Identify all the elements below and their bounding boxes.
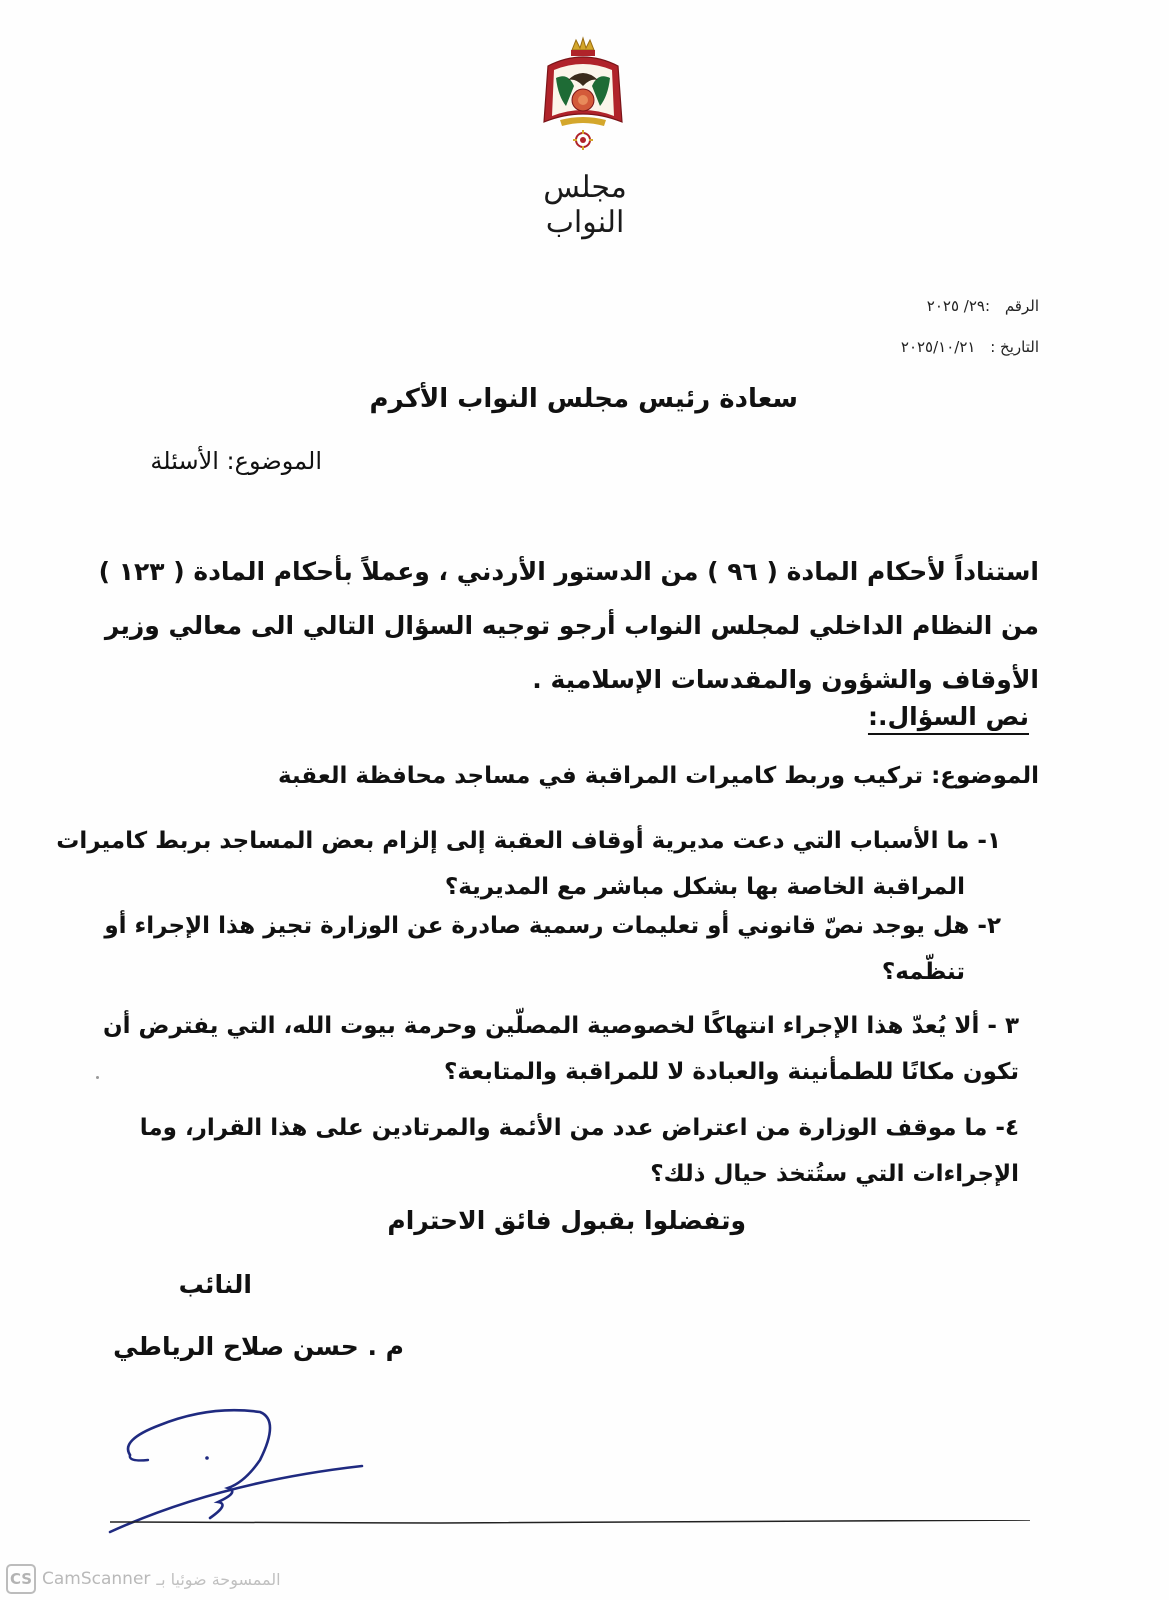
question-subject: الموضوع: تركيب وربط كاميرات المراقبة في … <box>278 763 1039 789</box>
body-line: من النظام الداخلي لمجلس النواب أرجو توجي… <box>109 599 1039 653</box>
question-item: ٣ - ألا يُعدّ هذا الإجراء انتهاكًا لخصوص… <box>103 1003 1019 1095</box>
signature-baseline <box>110 1520 1030 1530</box>
watermark-text-en: CamScanner <box>42 1569 150 1589</box>
camscanner-watermark: CS CamScanner الممسوحة ضوئيا بـ <box>6 1564 281 1594</box>
question-line: ٤- ما موقف الوزارة من اعتراض عدد من الأئ… <box>140 1105 1019 1151</box>
question-line: تنظّمه؟ <box>104 949 1001 995</box>
scan-speck <box>96 1076 99 1079</box>
question-line: تكون مكانًا للطمأنينة والعبادة لا للمراق… <box>103 1049 1019 1095</box>
reference-date-label: التاريخ : <box>990 338 1039 356</box>
signature-icon <box>100 1400 420 1540</box>
reference-number: الرقم :٢٩/ ٢٠٢٥ <box>927 297 1039 315</box>
question-number: ٤- <box>995 1115 1019 1141</box>
subject-general: الموضوع: الأسئلة <box>0 447 322 475</box>
institution-name: مجلس النواب <box>510 170 660 240</box>
body-line: الأوقاف والشؤون والمقدسات الإسلامية . <box>109 653 1039 707</box>
addressee: سعادة رئيس مجلس النواب الأكرم <box>0 384 798 414</box>
closing-salutation: وتفضلوا بقبول فائق الاحترام <box>0 1206 746 1235</box>
body-line: استناداً لأحكام المادة ( ٩٦ ) من الدستور… <box>109 545 1039 599</box>
letter-page: مجلس النواب الرقم :٢٩/ ٢٠٢٥ التاريخ : ٢٠… <box>0 0 1169 1600</box>
question-line: ١- ما الأسباب التي دعت مديرية أوقاف العق… <box>56 818 1001 864</box>
coat-of-arms-icon <box>538 36 628 158</box>
question-item: ٤- ما موقف الوزارة من اعتراض عدد من الأئ… <box>140 1105 1019 1197</box>
question-line: ٢- هل يوجد نصّ قانوني أو تعليمات رسمية ص… <box>104 903 1001 949</box>
reference-date-value: ٢٠٢٥/١٠/٢١ <box>901 338 976 356</box>
signer-title: النائب <box>0 1270 252 1299</box>
question-item: ١- ما الأسباب التي دعت مديرية أوقاف العق… <box>56 818 1001 910</box>
question-heading: نص السؤال.: <box>868 702 1029 731</box>
question-text: هل يوجد نصّ قانوني أو تعليمات رسمية صادر… <box>104 913 969 939</box>
reference-number-label: الرقم <box>1005 297 1039 315</box>
watermark-text-ar: الممسوحة ضوئيا بـ <box>156 1570 280 1589</box>
signer-name: م . حسن صلاح الرياطي <box>0 1332 404 1361</box>
question-line: الإجراءات التي ستُتخذ حيال ذلك؟ <box>140 1151 1019 1197</box>
question-text: ما الأسباب التي دعت مديرية أوقاف العقبة … <box>56 828 969 854</box>
camscanner-logo-icon: CS <box>6 1564 36 1594</box>
question-line: ٣ - ألا يُعدّ هذا الإجراء انتهاكًا لخصوص… <box>103 1003 1019 1049</box>
question-text: ما موقف الوزارة من اعتراض عدد من الأئمة … <box>140 1115 988 1141</box>
question-item: ٢- هل يوجد نصّ قانوني أو تعليمات رسمية ص… <box>104 903 1001 995</box>
question-number: ٢- <box>977 913 1001 939</box>
question-number: ٣ - <box>987 1013 1019 1039</box>
question-number: ١- <box>977 828 1001 854</box>
reference-number-value: :٢٩/ ٢٠٢٥ <box>927 297 990 315</box>
reference-date: التاريخ : ٢٠٢٥/١٠/٢١ <box>901 338 1039 356</box>
question-text: ألا يُعدّ هذا الإجراء انتهاكًا لخصوصية ا… <box>103 1013 979 1039</box>
body-paragraph: استناداً لأحكام المادة ( ٩٦ ) من الدستور… <box>109 545 1039 707</box>
